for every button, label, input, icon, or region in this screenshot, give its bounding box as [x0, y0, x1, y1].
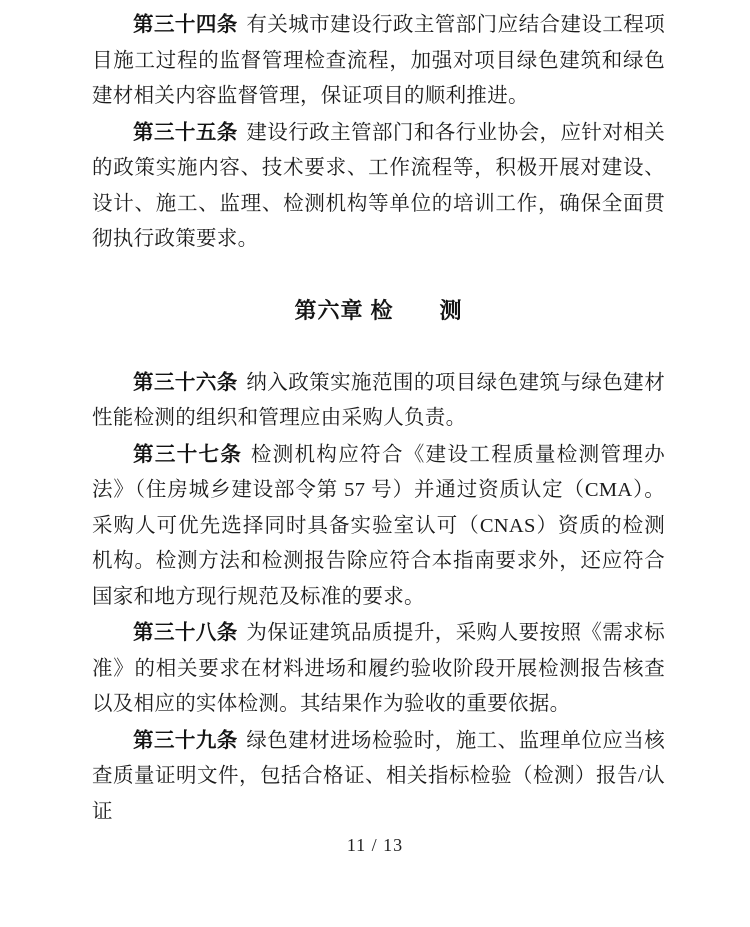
document-body: 第三十四条有关城市建设行政主管部门应结合建设工程项目施工过程的监督管理检查流程，… — [92, 7, 665, 830]
article-34-number: 第三十四条 — [133, 13, 238, 36]
page-number: 11 / 13 — [0, 835, 750, 856]
article-38-number: 第三十八条 — [133, 621, 238, 644]
paragraph-article-35: 第三十五条建设行政主管部门和各行业协会，应针对相关的政策实施内容、技术要求、工作… — [92, 115, 665, 258]
article-37-number: 第三十七条 — [133, 443, 242, 466]
paragraph-article-37: 第三十七条检测机构应符合《建设工程质量检测管理办法》（住房城乡建设部令第 57 … — [92, 437, 665, 616]
paragraph-article-38: 第三十八条为保证建筑品质提升，采购人要按照《需求标准》的相关要求在材料进场和履约… — [92, 615, 665, 723]
paragraph-article-39: 第三十九条绿色建材进场检验时，施工、监理单位应当核查质量证明文件，包括合格证、相… — [92, 723, 665, 831]
paragraph-article-34: 第三十四条有关城市建设行政主管部门应结合建设工程项目施工过程的监督管理检查流程，… — [92, 7, 665, 115]
article-35-number: 第三十五条 — [133, 121, 238, 144]
article-39-number: 第三十九条 — [133, 729, 238, 752]
document-page: 第三十四条有关城市建设行政主管部门应结合建设工程项目施工过程的监督管理检查流程，… — [0, 0, 750, 927]
paragraph-article-36: 第三十六条纳入政策实施范围的项目绿色建筑与绿色建材性能检测的组织和管理应由采购人… — [92, 365, 665, 437]
chapter-heading: 第六章 检 测 — [92, 293, 665, 329]
article-37-text: 检测机构应符合《建设工程质量检测管理办法》（住房城乡建设部令第 57 号）并通过… — [92, 444, 665, 608]
article-36-number: 第三十六条 — [133, 371, 238, 394]
